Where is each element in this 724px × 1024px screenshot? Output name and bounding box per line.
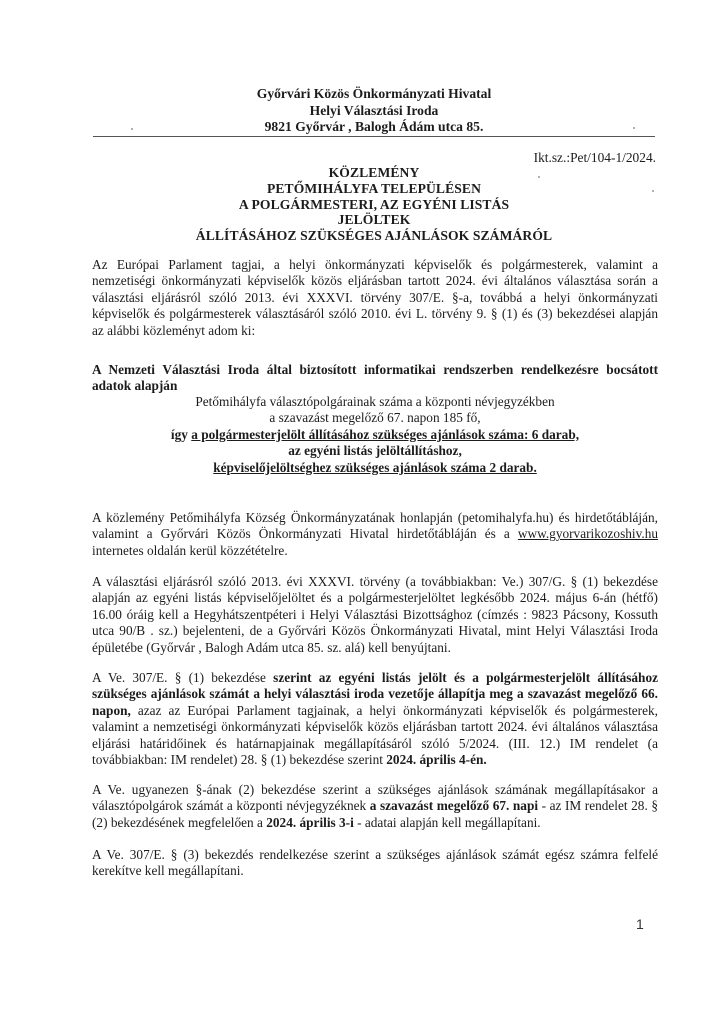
letterhead-address: 9821 Győrvár , Balogh Ádám utca 85. [93, 119, 655, 136]
deadline-paragraph: A választási eljárásról szóló 2013. évi … [92, 574, 658, 656]
announcement-block: Petőmihályfa választópolgárainak száma a… [92, 394, 658, 476]
publication-paragraph: A közlemény Petőmihályfa Község Önkormán… [92, 510, 658, 559]
voter-count-line: Petőmihályfa választópolgárainak száma a… [92, 394, 658, 410]
mayor-nominations-line: így a polgármesterjelölt állításához szü… [92, 427, 658, 443]
website-link[interactable]: www.gyorvarikozoshiv.hu [518, 526, 658, 541]
scan-speck [633, 127, 635, 129]
mayor-nominations-required: a polgármesterjelölt állításához szükség… [191, 427, 579, 442]
text: azaz az Európai Parlament tagjainak, a h… [92, 703, 658, 767]
date-bold: 2024. április 4-én. [386, 752, 486, 767]
header-divider [93, 136, 655, 137]
letterhead-department: Helyi Választási Iroda [93, 103, 655, 120]
letterhead: Győrvári Közös Önkormányzati Hivatal Hel… [93, 86, 655, 136]
intro-paragraph: Az Európai Parlament tagjai, a helyi önk… [92, 257, 658, 339]
nvi-statement: A Nemzeti Választási Iroda által biztosí… [92, 362, 658, 395]
title-line: KÖZLEMÉNY [93, 165, 655, 181]
letterhead-office: Győrvári Közös Önkormányzati Hivatal [93, 86, 655, 103]
scan-speck [538, 176, 540, 178]
individual-list-line: az egyéni listás jelöltállításhoz, [92, 443, 658, 459]
document-page: Győrvári Közös Önkormányzati Hivatal Hel… [0, 0, 724, 1024]
bold-text: a szavazást megelőző 67. napi [370, 798, 538, 813]
title-line: PETŐMIHÁLYFA TELEPÜLÉSEN [93, 181, 655, 197]
text: - adatai alapján kell megállapítani. [354, 815, 541, 830]
scan-speck [652, 190, 654, 192]
page-number: 1 [636, 916, 644, 932]
ve-307e-paragraph: A Ve. 307/E. § (1) bekezdése szerint az … [92, 670, 658, 768]
title-line: ÁLLÍTÁSÁHOZ SZÜKSÉGES AJÁNLÁSOK SZÁMÁRÓL [93, 228, 655, 244]
scan-speck [131, 128, 133, 130]
voter-count-value: a szavazást megelőző 67. napon 185 fő, [92, 410, 658, 426]
title-line: JELÖLTEK [93, 212, 655, 228]
voter-count-basis-paragraph: A Ve. ugyanezen §-ának (2) bekezdése sze… [92, 782, 658, 831]
document-title: KÖZLEMÉNY PETŐMIHÁLYFA TELEPÜLÉSEN A POL… [93, 165, 655, 244]
rounding-paragraph: A Ve. 307/E. § (3) bekezdés rendelkezése… [92, 847, 658, 880]
representative-nominations-required: képviselőjelöltséghez szükséges ajánláso… [92, 460, 658, 476]
date-bold: 2024. április 3-i [266, 815, 354, 830]
reference-number: Ikt.sz.:Pet/104-1/2024. [534, 150, 656, 166]
prefix: így [171, 427, 191, 442]
title-line: A POLGÁRMESTERI, AZ EGYÉNI LISTÁS [93, 197, 655, 213]
publication-text-end: internetes oldalán kerül közzétételre. [92, 543, 288, 558]
text: A Ve. 307/E. § (1) bekezdése [92, 670, 273, 685]
